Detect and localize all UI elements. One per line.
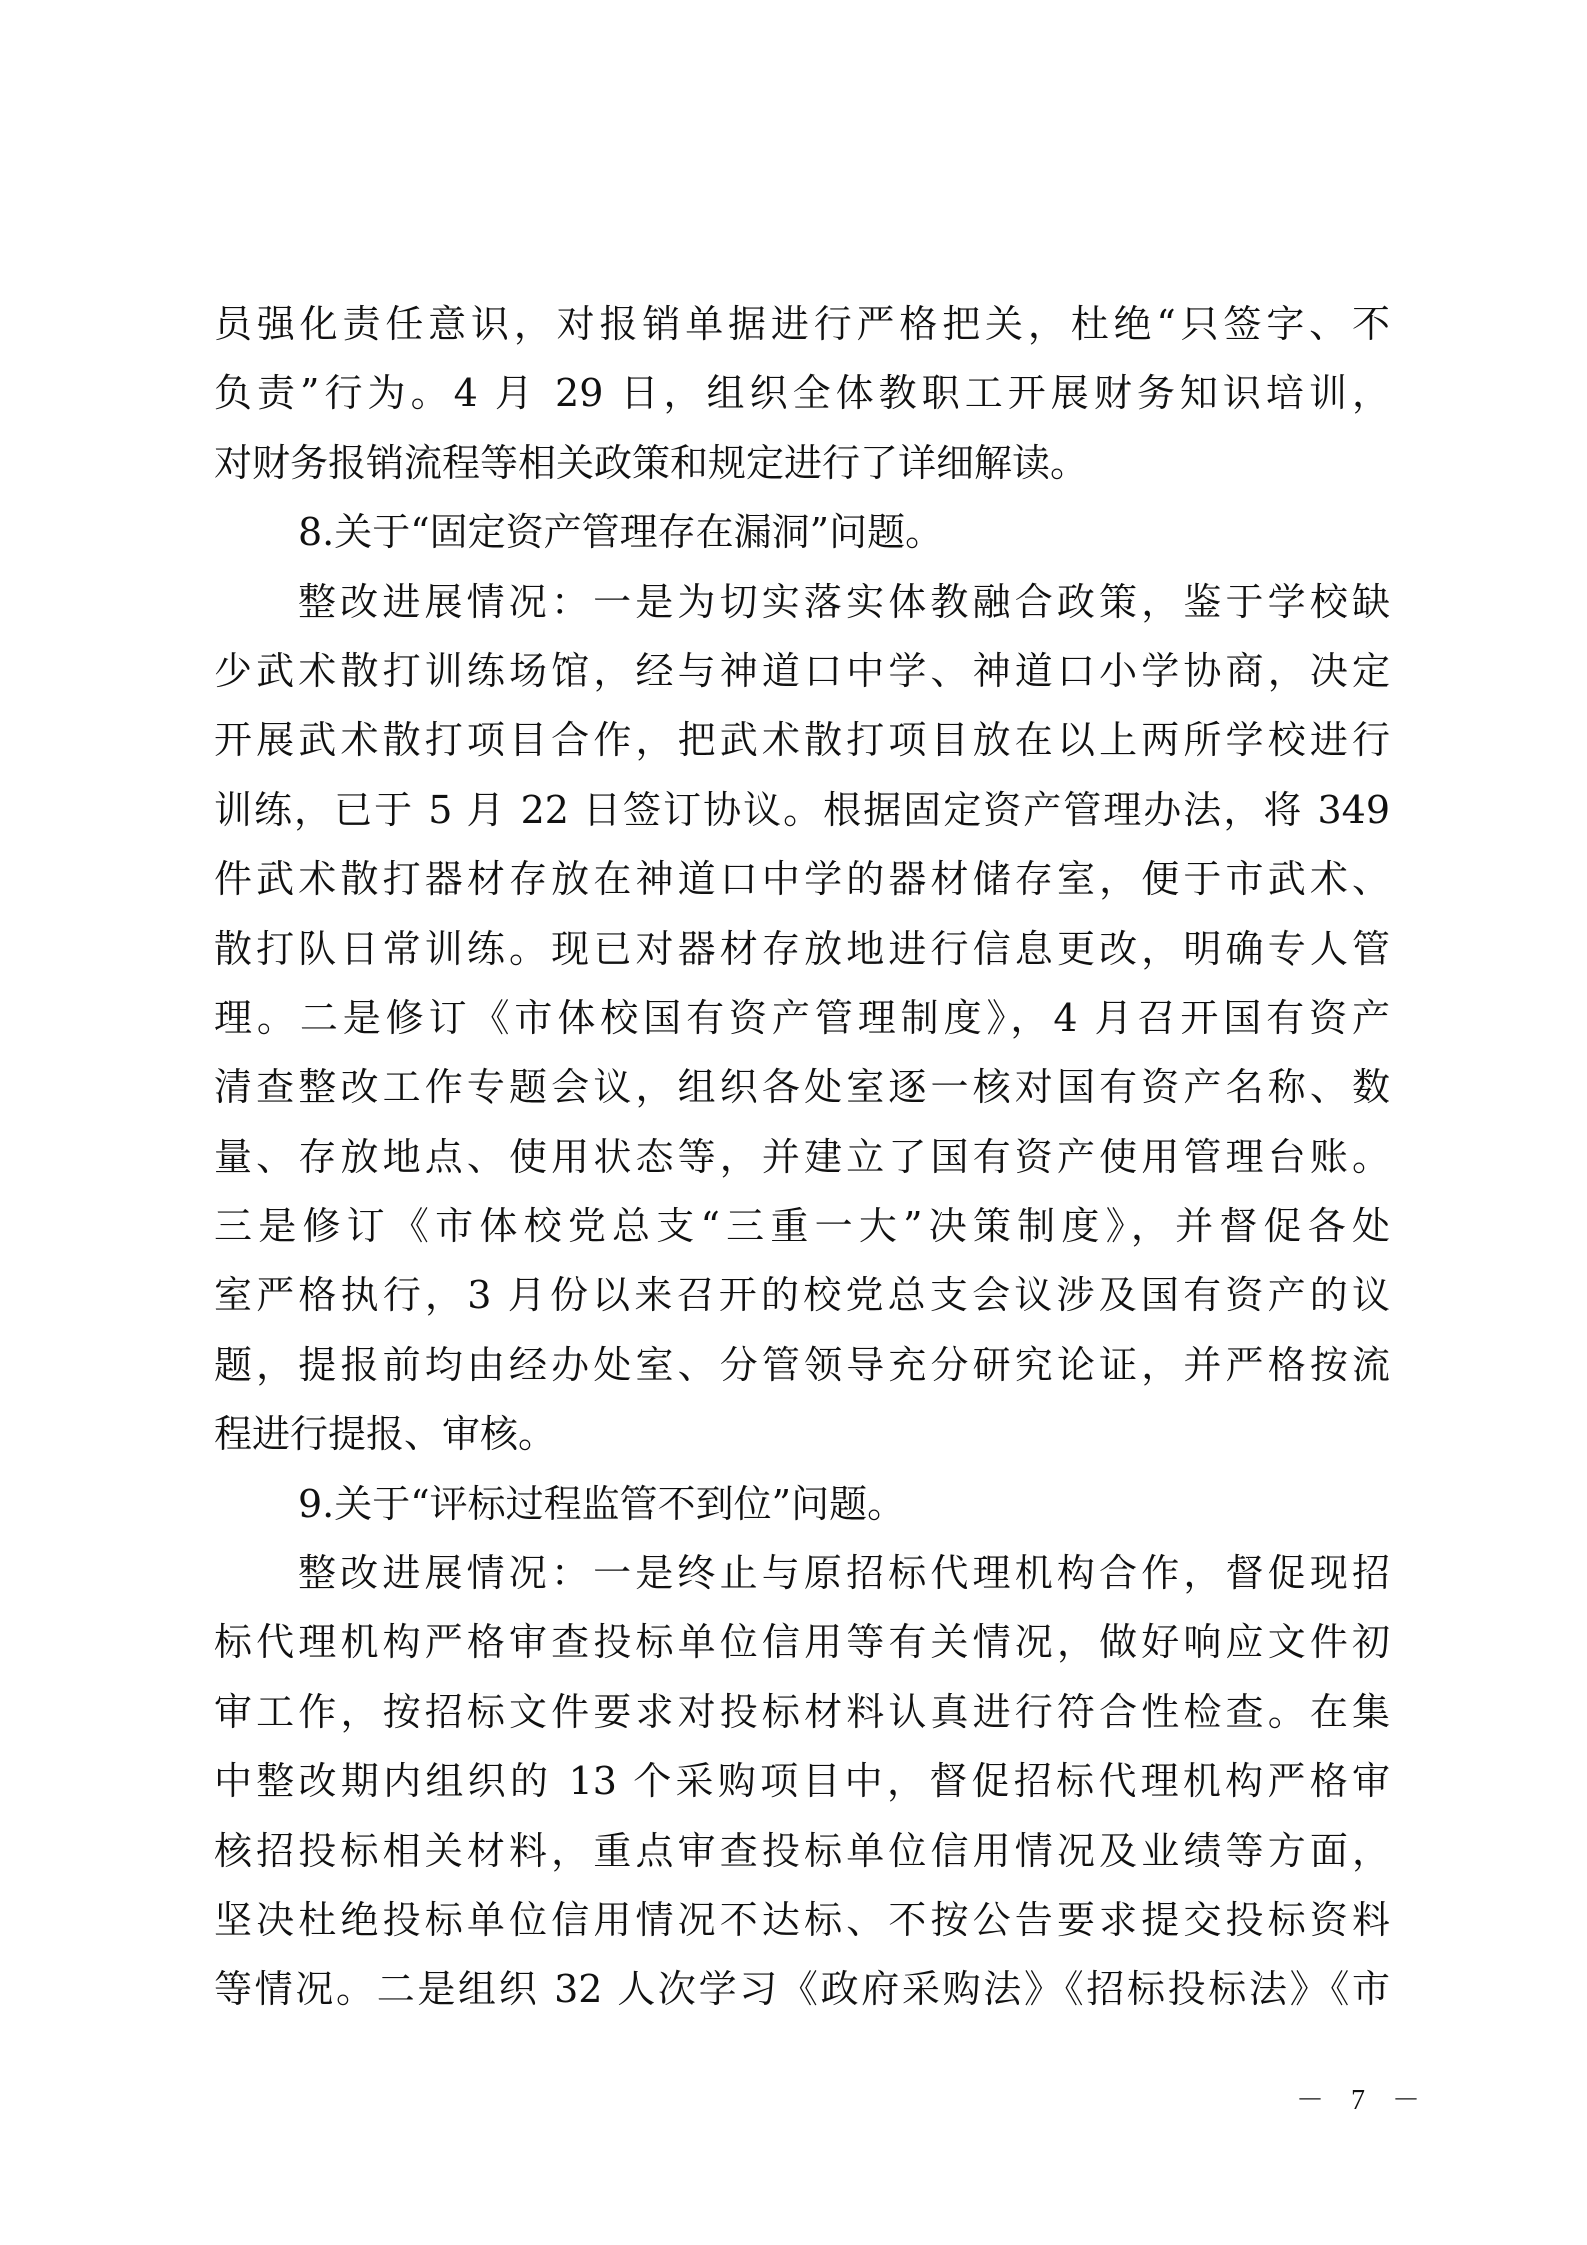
paragraph-first-line: 整改进展情况：一是终止与原招标代理机构合作，督促现招 [214, 1539, 1390, 1608]
document-body: 员强化责任意识，对报销单据进行严格把关，杜绝“只签字、不 负责”行为。4 月 2… [214, 290, 1390, 2025]
section-heading-9: 9.关于“评标过程监管不到位”问题。 [214, 1470, 1390, 1539]
text-line: 训练，已于 5 月 22 日签订协议。根据固定资产管理办法，将 349 [214, 776, 1390, 845]
text-line: 散打队日常训练。现已对器材存放地进行信息更改，明确专人管 [214, 915, 1390, 984]
text-line: 少武术散打训练场馆，经与神道口中学、神道口小学协商，决定 [214, 637, 1390, 706]
section-heading-8: 8.关于“固定资产管理存在漏洞”问题。 [214, 498, 1390, 567]
text-line: 开展武术散打项目合作，把武术散打项目放在以上两所学校进行 [214, 706, 1390, 775]
text-line: 清查整改工作专题会议，组织各处室逐一核对国有资产名称、数 [214, 1053, 1390, 1122]
page-number: － 7 － [1296, 2078, 1430, 2118]
text-line: 负责”行为。4 月 29 日，组织全体教职工开展财务知识培训， [214, 359, 1390, 428]
text-line: 室严格执行，3 月份以来召开的校党总支会议涉及国有资产的议 [214, 1261, 1390, 1330]
text-line: 坚决杜绝投标单位信用情况不达标、不按公告要求提交投标资料 [214, 1886, 1390, 1955]
document-page: 员强化责任意识，对报销单据进行严格把关，杜绝“只签字、不 负责”行为。4 月 2… [0, 0, 1587, 2245]
text-line: 员强化责任意识，对报销单据进行严格把关，杜绝“只签字、不 [214, 290, 1390, 359]
text-line: 三是修订《市体校党总支“三重一大”决策制度》，并督促各处 [214, 1192, 1390, 1261]
text-line: 标代理机构严格审查投标单位信用等有关情况，做好响应文件初 [214, 1608, 1390, 1677]
text-line: 核招投标相关材料，重点审查投标单位信用情况及业绩等方面， [214, 1817, 1390, 1886]
text-line: 审工作，按招标文件要求对投标材料认真进行符合性检查。在集 [214, 1678, 1390, 1747]
text-line: 对财务报销流程等相关政策和规定进行了详细解读。 [214, 429, 1390, 498]
text-line: 理。二是修订《市体校国有资产管理制度》，4 月召开国有资产 [214, 984, 1390, 1053]
text-line: 中整改期内组织的 13 个采购项目中，督促招标代理机构严格审 [214, 1747, 1390, 1816]
paragraph-first-line: 整改进展情况：一是为切实落实体教融合政策，鉴于学校缺 [214, 568, 1390, 637]
text-line: 题，提报前均由经办处室、分管领导充分研究论证，并严格按流 [214, 1331, 1390, 1400]
text-line: 量、存放地点、使用状态等，并建立了国有资产使用管理台账。 [214, 1123, 1390, 1192]
text-line: 件武术散打器材存放在神道口中学的器材储存室，便于市武术、 [214, 845, 1390, 914]
text-line: 程进行提报、审核。 [214, 1400, 1390, 1469]
text-line: 等情况。二是组织 32 人次学习《政府采购法》《招标投标法》《市 [214, 1955, 1390, 2024]
